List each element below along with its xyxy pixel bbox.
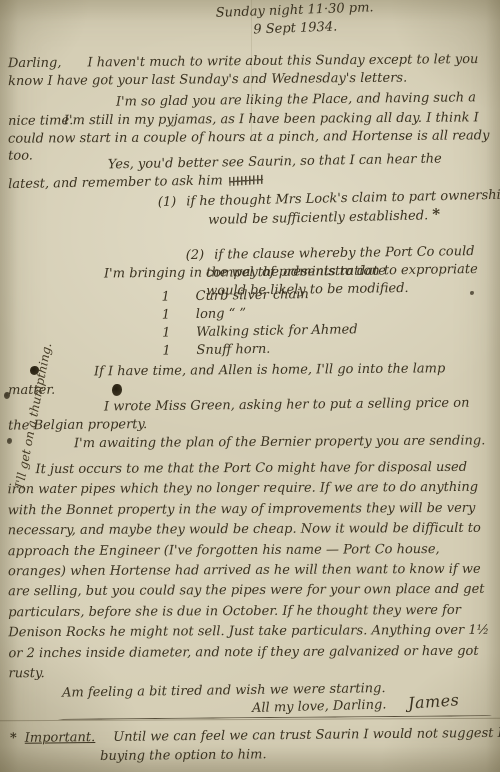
postscript-asterisk: *	[10, 731, 17, 746]
presents-item: long “ ”	[196, 305, 247, 324]
presents-item: Walking stick for Ahmed	[196, 321, 358, 342]
paragraph-bernier-plan: I'm awaiting the plan of the Bernier pro…	[8, 432, 492, 453]
ask-item-1: (1)if he thought Mrs Lock's claim to par…	[158, 186, 500, 230]
ask-item-1-text: if he thought Mrs Lock's claim to part o…	[186, 188, 500, 228]
paragraph-opening: Darling,I haven't much to write about th…	[8, 51, 492, 90]
presents-qty: 1	[162, 342, 196, 361]
presents-item: Curb silver chain	[195, 286, 309, 306]
presents-qty: 1	[162, 306, 196, 325]
ask-item-1-number: (1)	[158, 195, 177, 210]
paragraph-see-saurin: Yes, you'd better see Saurin, so that I …	[8, 150, 479, 193]
paragraph-see-saurin-text: Yes, you'd better see Saurin, so that I …	[8, 152, 442, 192]
salutation: Darling,	[8, 55, 62, 73]
postscript: *Important.Until we can feel we can trus…	[10, 723, 500, 767]
signature: James	[407, 691, 459, 712]
paragraph-miss-green: I wrote Miss Green, asking her to put a …	[8, 394, 488, 434]
presents-item: Snuff horn.	[196, 341, 270, 360]
presents-row: 1 Snuff horn.	[162, 337, 462, 360]
paragraph-opening-text: I haven't much to write about this Sunda…	[8, 52, 478, 89]
paragraph-water-pipes: It just occurs to me that the Port Co mi…	[7, 458, 494, 685]
presents-list: 1 Curb silver chain 1 long “ ” 1 Walking…	[161, 283, 462, 360]
letter-page: Sunday night 11·30 pm. 9 Sept 1934. Darl…	[0, 0, 500, 772]
postscript-label: Important.	[25, 730, 96, 746]
presents-qty: 1	[162, 324, 196, 343]
ask-item-2-number: (2)	[186, 248, 205, 263]
paragraph-lamp: If I have time, and Allen is home, I'll …	[8, 360, 488, 399]
presents-qty: 1	[161, 288, 195, 307]
postscript-text: Until we can feel we can trust Saurin I …	[100, 725, 500, 764]
dateline: Sunday night 11·30 pm. 9 Sept 1934.	[169, 0, 420, 42]
struck-out-word	[229, 174, 264, 185]
footnote-asterisk: *	[432, 205, 440, 223]
